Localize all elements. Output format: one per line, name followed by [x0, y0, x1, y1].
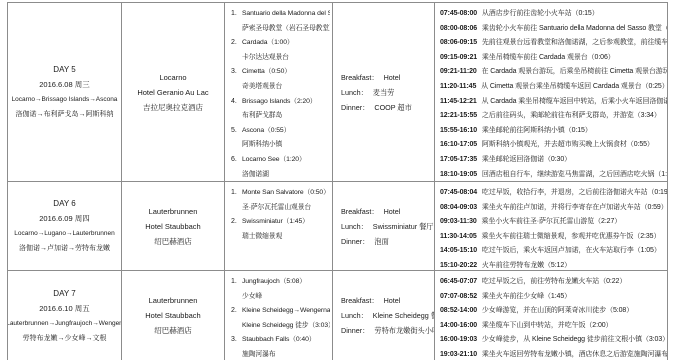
schedule-time: 15:55-16:10: [440, 127, 477, 134]
meal-item: Dinner： 劳特布龙嫩街头小吃: [341, 323, 434, 338]
attraction-lines: Jungfraujoch（5:08） 少女峰: [242, 275, 330, 304]
schedule-text: 在 Cardada 观景台游玩，后乘坐吊椅前往 Cimetta 观景台游玩（1:…: [482, 68, 667, 75]
meal-value: Swissminiatur 餐厅: [373, 219, 434, 234]
schedule-time: 09:15-09:21: [440, 54, 477, 61]
meals-cell: Breakfast： Hotel Lunch： Kleine Scheidegg…: [333, 271, 435, 360]
schedule-time: 08:00-08:06: [440, 25, 477, 32]
schedule-time: 15:10-20:22: [440, 262, 477, 269]
attraction-lines: Kleine Scheidegg→Wengernalp→Wengen Klein…: [242, 304, 330, 333]
meal-label: Lunch：: [341, 219, 368, 234]
attraction-line: 卡尔达达观景台: [242, 51, 330, 66]
attraction-line: Cimetta（0:50）: [242, 65, 330, 80]
schedule-text: 乘坐小火车前往圣·萨尔瓦托雷山游览（2:27）: [482, 218, 622, 225]
schedule-line: 11:30-14:05 乘坐火车前往瑞士微缩景观，参观并吃优惠券午饭（2:35）: [440, 230, 667, 245]
meal-item: Lunch： 麦当劳: [341, 85, 434, 100]
hotel-cell: Lauterbrunnen Hotel Staubbach 绍巴赫酒店: [122, 271, 225, 360]
attraction-number: 2.: [231, 36, 242, 51]
attraction-line: 萨索圣母教堂（岩石圣母教堂）: [242, 22, 330, 37]
day-row: DAY 5 2016.6.08 周三 Locarno→Brissago Isla…: [8, 3, 667, 182]
hotel-name-zh: 吉拉尼奥拉克酒店: [143, 100, 203, 115]
attraction-item: 3. Cimetta（0:50） 奇美塔观景台: [231, 65, 330, 94]
schedule-line: 15:10-20:22 火车前往劳特布龙嫩（5:12）: [440, 259, 667, 270]
schedule-text: 乘坐邮轮返回洛伽诺（0:30）: [482, 156, 571, 163]
attraction-item: 1. Santuario della Madonna del Sasso（0:3…: [231, 7, 330, 36]
attraction-number: 2.: [231, 215, 242, 230]
attraction-line: Swissminiatur（1:45）: [242, 215, 330, 230]
schedule-text: 少女峰游览，并在山顶的阿莱奇冰川徒步（5:08）: [482, 307, 633, 314]
schedule-line: 08:52-14:00 少女峰游览，并在山顶的阿莱奇冰川徒步（5:08）: [440, 304, 667, 319]
schedule-time: 11:30-14:05: [440, 233, 477, 240]
attraction-item: 5. Ascona（0:55） 阿斯科纳小镇: [231, 124, 330, 153]
attraction-lines: Locarno See（1:20） 洛伽诺湖: [242, 153, 330, 181]
schedule-time: 08:06-09:15: [440, 39, 477, 46]
day-title: DAY 7: [53, 286, 75, 301]
meal-label: Dinner：: [341, 100, 369, 115]
attraction-lines: Monte San Salvatore（0:50） 圣·萨尔瓦托雷山观景台: [242, 186, 330, 215]
day-route-en: Lauterbrunnen→Jungfraujoch→Wengen: [8, 316, 122, 331]
schedule-line: 14:00-16:00 乘坐缆车下山到中转站，并吃午饭（2:00）: [440, 319, 667, 334]
schedule-line: 09:03-11:30 乘坐小火车前往圣·萨尔瓦托雷山游览（2:27）: [440, 215, 667, 230]
meal-value: Kleine Scheidegg 餐厅: [373, 308, 435, 323]
attraction-line: 洛伽诺湖: [242, 168, 330, 181]
attraction-item: 2. Kleine Scheidegg→Wengernalp→Wengen Kl…: [231, 304, 330, 333]
schedule-line: 14:05-15:10 吃过午饭后，乘火车返回卢加诺，在火车站取行李（1:05）: [440, 244, 667, 259]
attraction-number: 2.: [231, 304, 242, 319]
schedule-time: 09:21-11:20: [440, 68, 477, 75]
schedule-cell: 07:45-08:00 从酒店步行前往齿轮小火车站（0:15） 08:00-08…: [435, 3, 667, 181]
day-route-en: Locarno→Brissago Islands→Ascona: [12, 92, 118, 107]
attraction-line: Staubbach Falls（0:40）: [242, 333, 330, 348]
day-title: DAY 6: [53, 196, 75, 211]
attractions-cell: 1. Santuario della Madonna del Sasso（0:3…: [225, 3, 333, 181]
schedule-time: 17:05-17:35: [440, 156, 477, 163]
day-date: 2016.6.09 周四: [39, 211, 89, 226]
attraction-line: Monte San Salvatore（0:50）: [242, 186, 330, 201]
schedule-line: 09:15-09:21 乘坐吊椅缆车前往 Cardada 观景台（0:06）: [440, 51, 667, 66]
meal-value: 麦当劳: [373, 85, 395, 100]
attraction-item: 2. Swissminiatur（1:45） 瑞士微缩景观: [231, 215, 330, 244]
attraction-lines: Ascona（0:55） 阿斯科纳小镇: [242, 124, 330, 153]
attraction-item: 1. Jungfraujoch（5:08） 少女峰: [231, 275, 330, 304]
schedule-time: 14:00-16:00: [440, 322, 477, 329]
attractions-cell: 1. Monte San Salvatore（0:50） 圣·萨尔瓦托雷山观景台: [225, 182, 333, 270]
day-title: DAY 5: [53, 62, 75, 77]
attraction-number: 1.: [231, 7, 242, 22]
attraction-number: 6.: [231, 153, 242, 168]
attraction-number: 1.: [231, 186, 242, 201]
schedule-time: 11:45-12:21: [440, 98, 477, 105]
meal-label: Dinner：: [341, 323, 369, 338]
meal-label: Breakfast：: [341, 70, 379, 85]
day-header-cell: DAY 7 2016.6.10 周五 Lauterbrunnen→Jungfra…: [8, 271, 122, 360]
schedule-time: 19:03-21:10: [440, 351, 477, 358]
schedule-time: 08:52-14:00: [440, 307, 477, 314]
meal-item: Breakfast： Hotel: [341, 204, 434, 219]
day-header-cell: DAY 5 2016.6.08 周三 Locarno→Brissago Isla…: [8, 3, 122, 181]
attraction-lines: Cimetta（0:50） 奇美塔观景台: [242, 65, 330, 94]
attraction-line: Ascona（0:55）: [242, 124, 330, 139]
itinerary-page: DAY 5 2016.6.08 周三 Locarno→Brissago Isla…: [0, 0, 675, 360]
day-route-zh: 劳特布龙嫩→少女峰→文根: [23, 331, 107, 346]
schedule-time: 14:05-15:10: [440, 247, 477, 254]
schedule-line: 16:00-19:03 少女峰徒步，从 Kleine Scheidegg 徒步前…: [440, 333, 667, 348]
schedule-text: 乘坐邮轮前往阿斯科纳小镇（0:15）: [482, 127, 592, 134]
schedule-text: 吃过早饭，收拾行李，并退房，之后前往洛伽诺火车站（0:19）: [482, 189, 667, 196]
attraction-line: 施陶河瀑布: [242, 348, 330, 360]
schedule-line: 15:55-16:10 乘坐邮轮前往阿斯科纳小镇（0:15）: [440, 124, 667, 139]
meal-label: Breakfast：: [341, 204, 379, 219]
attraction-item: 4. Brissago Islands（2:20） 布利萨戈群岛: [231, 95, 330, 124]
schedule-time: 11:20-11:45: [440, 83, 476, 90]
schedule-line: 07:45-08:04 吃过早饭，收拾行李，并退房，之后前往洛伽诺火车站（0:1…: [440, 186, 667, 201]
schedule-time: 16:00-19:03: [440, 336, 477, 343]
hotel-name-en: Hotel Staubbach: [145, 219, 200, 234]
schedule-text: 乘坐缆车下山到中转站，并吃午饭（2:00）: [482, 322, 613, 329]
schedule-text: 乘齿轮小火车前往 Santuario della Madonna del Sas…: [482, 25, 667, 32]
attractions-cell: 1. Jungfraujoch（5:08） 少女峰 2.: [225, 271, 333, 360]
attraction-lines: Swissminiatur（1:45） 瑞士微缩景观: [242, 215, 330, 244]
attraction-line: 阿斯科纳小镇: [242, 138, 330, 153]
schedule-text: 吃过早饭之后，前往劳特布龙嫩火车站（0:22）: [482, 278, 626, 285]
hotel-city: Locarno: [159, 70, 186, 85]
schedule-text: 之后前往码头，乘邮轮前往布利萨戈群岛，并游览（3:34）: [482, 112, 661, 119]
attraction-number: 1.: [231, 275, 242, 290]
attraction-line: 布利萨戈群岛: [242, 109, 330, 124]
attraction-lines: Santuario della Madonna del Sasso（0:30） …: [242, 7, 330, 36]
meal-item: Dinner： COOP 超市: [341, 100, 434, 115]
meal-value: COOP 超市: [374, 100, 411, 115]
meal-item: Breakfast： Hotel: [341, 293, 434, 308]
meal-item: Dinner： 泡面: [341, 234, 434, 249]
schedule-time: 16:10-17:05: [440, 141, 477, 148]
meal-item: Breakfast： Hotel: [341, 70, 434, 85]
hotel-name-en: Hotel Geranio Au Lac: [137, 85, 208, 100]
attraction-line: Santuario della Madonna del Sasso（0:30）: [242, 7, 330, 22]
schedule-line: 18:10-19:05 回酒店租自行车，继续游览马焦雷湖，之后回酒店吃火锅（1:…: [440, 168, 667, 181]
schedule-text: 火车前往劳特布龙嫩（5:12）: [482, 262, 571, 269]
meal-label: Breakfast：: [341, 293, 379, 308]
attraction-line: Jungfraujoch（5:08）: [242, 275, 330, 290]
hotel-name-en: Hotel Staubbach: [145, 308, 200, 323]
hotel-cell: Locarno Hotel Geranio Au Lac 吉拉尼奥拉克酒店: [122, 3, 225, 181]
schedule-text: 回酒店租自行车，继续游览马焦雷湖，之后回酒店吃火锅（1:20）: [482, 171, 667, 178]
meal-label: Lunch：: [341, 308, 368, 323]
attraction-number: 3.: [231, 65, 242, 80]
schedule-line: 17:05-17:35 乘坐邮轮返回洛伽诺（0:30）: [440, 153, 667, 168]
meal-label: Dinner：: [341, 234, 369, 249]
meal-value: 泡面: [374, 234, 388, 249]
attraction-lines: Staubbach Falls（0:40） 施陶河瀑布: [242, 333, 330, 360]
schedule-text: 阿斯科纳小镇观光，并去超市购买晚上火锅食材（0:55）: [482, 141, 654, 148]
schedule-text: 从酒店步行前往齿轮小火车站（0:15）: [482, 10, 599, 17]
schedule-time: 07:07-08:52: [440, 293, 477, 300]
schedule-text: 乘坐吊椅缆车前往 Cardada 观景台（0:06）: [482, 54, 615, 61]
attraction-lines: Cardada（1:00） 卡尔达达观景台: [242, 36, 330, 65]
schedule-line: 06:45-07:07 吃过早饭之后，前往劳特布龙嫩火车站（0:22）: [440, 275, 667, 290]
hotel-name-zh: 绍巴赫酒店: [154, 234, 192, 249]
schedule-time: 06:45-07:07: [440, 278, 477, 285]
meal-value: Hotel: [384, 204, 401, 219]
schedule-line: 09:21-11:20 在 Cardada 观景台游玩，后乘坐吊椅前往 Cime…: [440, 65, 667, 80]
hotel-cell: Lauterbrunnen Hotel Staubbach 绍巴赫酒店: [122, 182, 225, 270]
schedule-line: 11:20-11:45 从 Cimetta 观景台乘坐吊椅缆车返回 Cardad…: [440, 80, 667, 95]
schedule-text: 少女峰徒步，从 Kleine Scheidegg 徒步前往文根小镇（3:03）: [482, 336, 667, 343]
day-row: DAY 7 2016.6.10 周五 Lauterbrunnen→Jungfra…: [8, 271, 667, 360]
meals-cell: Breakfast： Hotel Lunch： 麦当劳 Dinner： COOP…: [333, 3, 435, 181]
meal-value: Hotel: [384, 293, 401, 308]
schedule-text: 乘坐火车返回劳特布龙嫩小镇，酒店休息之后游览施陶河瀑布（2:07）: [482, 351, 667, 358]
schedule-text: 乘坐火车前往少女峰（1:45）: [482, 293, 571, 300]
schedule-text: 先前往观景台远看教堂和洛伽诺湖，之后参观教堂，前往缆车站(1:09): [482, 39, 667, 46]
day-route-en: Locarno→Lugano→Lauterbrunnen: [14, 226, 114, 241]
schedule-time: 07:45-08:04: [440, 189, 477, 196]
schedule-time: 18:10-19:05: [440, 171, 477, 178]
attraction-line: 奇美塔观景台: [242, 80, 330, 95]
attraction-line: 圣·萨尔瓦托雷山观景台: [242, 201, 330, 216]
day-date: 2016.6.10 周五: [39, 301, 89, 316]
day-route-zh: 洛伽诺→卢加诺→劳特布龙嫩: [19, 241, 110, 256]
schedule-cell: 06:45-07:07 吃过早饭之后，前往劳特布龙嫩火车站（0:22） 07:0…: [435, 271, 667, 360]
hotel-city: Lauterbrunnen: [149, 204, 198, 219]
attraction-item: 2. Cardada（1:00） 卡尔达达观景台: [231, 36, 330, 65]
attraction-number: 5.: [231, 124, 242, 139]
schedule-line: 16:10-17:05 阿斯科纳小镇观光，并去超市购买晚上火锅食材（0:55）: [440, 138, 667, 153]
schedule-cell: 07:45-08:04 吃过早饭，收拾行李，并退房，之后前往洛伽诺火车站（0:1…: [435, 182, 667, 270]
schedule-time: 12:21-15:55: [440, 112, 477, 119]
day-date: 2016.6.08 周三: [39, 77, 89, 92]
schedule-line: 19:03-21:10 乘坐火车返回劳特布龙嫩小镇，酒店休息之后游览施陶河瀑布（…: [440, 348, 667, 360]
itinerary-table: DAY 5 2016.6.08 周三 Locarno→Brissago Isla…: [7, 2, 668, 360]
attraction-line: Cardada（1:00）: [242, 36, 330, 51]
schedule-line: 08:04-09:03 乘坐火车前往卢加诺，并将行李寄存在卢加诺火车站（0:59…: [440, 201, 667, 216]
schedule-text: 吃过午饭后，乘火车返回卢加诺，在火车站取行李（1:05）: [482, 247, 661, 254]
attraction-item: 3. Staubbach Falls（0:40） 施陶河瀑布: [231, 333, 330, 360]
schedule-line: 11:45-12:21 从 Cardada 乘坐吊椅缆车返回中转站，后乘小火车返…: [440, 95, 667, 110]
meal-label: Lunch：: [341, 85, 368, 100]
attraction-item: 1. Monte San Salvatore（0:50） 圣·萨尔瓦托雷山观景台: [231, 186, 330, 215]
attraction-number: 3.: [231, 333, 242, 348]
attraction-number: 4.: [231, 95, 242, 110]
day-row: DAY 6 2016.6.09 周四 Locarno→Lugano→Lauter…: [8, 182, 667, 271]
hotel-name-zh: 绍巴赫酒店: [154, 323, 192, 338]
attraction-line: 少女峰: [242, 290, 330, 305]
schedule-text: 从 Cardada 乘坐吊椅缆车返回中转站，后乘小火车返回洛伽诺（0:36）: [482, 98, 667, 105]
day-route-zh: 洛伽诺→布利萨戈岛→阿斯科纳: [16, 107, 114, 122]
schedule-line: 12:21-15:55 之后前往码头，乘邮轮前往布利萨戈群岛，并游览（3:34）: [440, 109, 667, 124]
schedule-line: 08:06-09:15 先前往观景台远看教堂和洛伽诺湖，之后参观教堂，前往缆车站…: [440, 36, 667, 51]
attraction-line: 瑞士微缩景观: [242, 230, 330, 245]
meal-value: Hotel: [384, 70, 401, 85]
schedule-time: 08:04-09:03: [440, 204, 477, 211]
schedule-text: 乘坐火车前往瑞士微缩景观，参观并吃优惠券午饭（2:35）: [482, 233, 661, 240]
day-header-cell: DAY 6 2016.6.09 周四 Locarno→Lugano→Lauter…: [8, 182, 122, 270]
attraction-line: Kleine Scheidegg→Wengernalp→Wengen: [242, 304, 330, 319]
attraction-line: Brissago Islands（2:20）: [242, 95, 330, 110]
schedule-line: 07:45-08:00 从酒店步行前往齿轮小火车站（0:15）: [440, 7, 667, 22]
attraction-lines: Brissago Islands（2:20） 布利萨戈群岛: [242, 95, 330, 124]
hotel-city: Lauterbrunnen: [149, 293, 198, 308]
schedule-time: 07:45-08:00: [440, 10, 477, 17]
attraction-line: Locarno See（1:20）: [242, 153, 330, 168]
meal-item: Lunch： Swissminiatur 餐厅: [341, 219, 434, 234]
schedule-line: 07:07-08:52 乘坐火车前往少女峰（1:45）: [440, 290, 667, 305]
schedule-text: 从 Cimetta 观景台乘坐吊椅缆车返回 Cardada 观景台（0:25）: [481, 83, 667, 90]
schedule-text: 乘坐火车前往卢加诺，并将行李寄存在卢加诺火车站（0:59）: [482, 204, 667, 211]
schedule-line: 08:00-08:06 乘齿轮小火车前往 Santuario della Mad…: [440, 22, 667, 37]
schedule-time: 09:03-11:30: [440, 218, 477, 225]
attraction-line: Kleine Scheidegg 徒步（3:03）: [242, 319, 330, 334]
meal-item: Lunch： Kleine Scheidegg 餐厅: [341, 308, 434, 323]
meal-value: 劳特布龙嫩街头小吃: [374, 323, 435, 338]
meals-cell: Breakfast： Hotel Lunch： Swissminiatur 餐厅…: [333, 182, 435, 270]
attraction-item: 6. Locarno See（1:20） 洛伽诺湖: [231, 153, 330, 181]
